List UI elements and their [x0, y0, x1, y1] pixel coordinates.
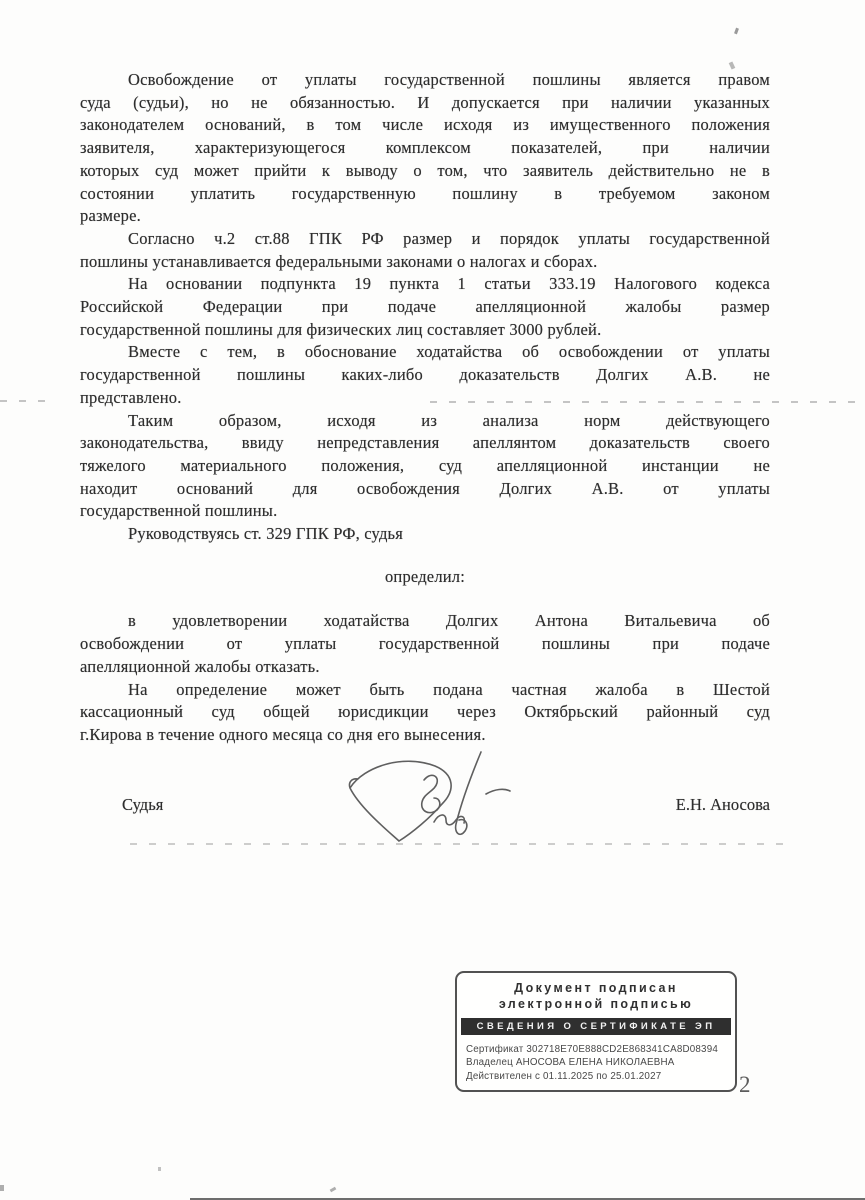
document-line: представлено. — [80, 387, 770, 410]
signature-row: Судья Е.Н. Аносова — [80, 795, 770, 815]
document-line: На определение может быть подана частная… — [80, 679, 770, 702]
document-line: в удовлетворении ходатайства Долгих Анто… — [80, 610, 770, 633]
stamp-certificate-bar: СВЕДЕНИЯ О СЕРТИФИКАТЕ ЭП — [461, 1018, 731, 1035]
document-line: законодателем оснований, в том числе исх… — [80, 114, 770, 137]
scan-speck — [158, 1167, 161, 1171]
document-text: Освобождение от уплаты государственной п… — [80, 69, 770, 747]
document-line: кассационный суд общей юрисдикции через … — [80, 701, 770, 724]
signature-name: Е.Н. Аносова — [676, 795, 770, 815]
document-line: заявителя, характеризующегося комплексом… — [80, 137, 770, 160]
document-line: Освобождение от уплаты государственной п… — [80, 69, 770, 92]
document-line: тяжелого материального положения, суд ап… — [80, 455, 770, 478]
document-line: апелляционной жалобы отказать. — [80, 656, 770, 679]
scan-speck — [734, 28, 739, 35]
document-line: Вместе с тем, в обоснование ходатайства … — [80, 341, 770, 364]
scan-speck — [0, 1185, 4, 1191]
document-line: законодательства, ввиду непредставления … — [80, 432, 770, 455]
document-line: пошлины устанавливается федеральными зак… — [80, 251, 770, 274]
document-line: На основании подпункта 19 пункта 1 стать… — [80, 273, 770, 296]
scan-artifact-line — [430, 401, 865, 403]
stamp-title-line1: Документ подписан — [457, 980, 735, 996]
scan-artifact-line — [0, 400, 48, 402]
document-line: которых суд может прийти к выводу о том,… — [80, 160, 770, 183]
scan-speck — [330, 1187, 337, 1193]
document-line: государственной пошлины. — [80, 500, 770, 523]
scan-artifact-line — [130, 843, 785, 845]
document-line: находит оснований для освобождения Долги… — [80, 478, 770, 501]
ruling-word: определил: — [80, 566, 770, 589]
document-line: суда (судьи), но не обязанностью. И допу… — [80, 92, 770, 115]
document-line: государственной пошлины каких-либо доказ… — [80, 364, 770, 387]
document-line: государственной пошлины для физических л… — [80, 319, 770, 342]
document-line: Согласно ч.2 ст.88 ГПК РФ размер и поряд… — [80, 228, 770, 251]
document-line: Российской Федерации при подаче апелляци… — [80, 296, 770, 319]
document-line: освобождении от уплаты государственной п… — [80, 633, 770, 656]
scanned-court-document-page: Освобождение от уплаты государственной п… — [0, 0, 865, 1200]
document-line: г.Кирова в течение одного месяца со дня … — [80, 724, 770, 747]
electronic-signature-stamp: Документ подписан электронной подписью С… — [455, 971, 737, 1092]
document-line: Руководствуясь ст. 329 ГПК РФ, судья — [80, 523, 770, 546]
stamp-details: Сертификат 302718E70E888CD2E868341CA8D08… — [466, 1043, 729, 1083]
page-number: 2 — [739, 1072, 751, 1098]
document-line: Таким образом, исходя из анализа норм де… — [80, 410, 770, 433]
stamp-validity: Действителен с 01.11.2025 по 25.01.2027 — [466, 1070, 729, 1083]
stamp-certificate-number: Сертификат 302718E70E888CD2E868341CA8D08… — [466, 1043, 729, 1056]
stamp-title: Документ подписан электронной подписью — [457, 980, 735, 1012]
stamp-title-line2: электронной подписью — [457, 996, 735, 1012]
signature-role-label: Судья — [80, 795, 163, 815]
document-line: состоянии уплатить государственную пошли… — [80, 183, 770, 206]
stamp-owner: Владелец АНОСОВА ЕЛЕНА НИКОЛАЕВНА — [466, 1056, 729, 1069]
document-line: размере. — [80, 205, 770, 228]
